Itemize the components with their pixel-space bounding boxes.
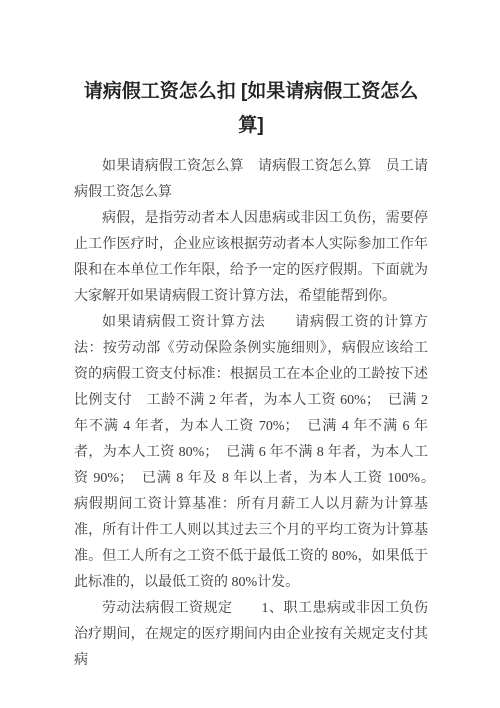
document-page: 请病假工资怎么扣 [如果请病假工资怎么算] 如果请病假工资怎么算 请病假工资怎么…	[0, 0, 500, 708]
paragraph-sick-leave-definition: 病假，是指劳动者本人因患病或非因工负伤，需要停止工作医疗时，企业应该根据劳动者本…	[74, 206, 428, 310]
paragraph-keywords: 如果请病假工资怎么算 请病假工资怎么算 员工请病假工资怎么算	[74, 154, 428, 206]
document-body: 如果请病假工资怎么算 请病假工资怎么算 员工请病假工资怎么算 病假，是指劳动者本…	[74, 154, 428, 674]
paragraph-wage-calculation-method: 如果请病假工资计算方法 请病假工资的计算方法：按劳动部《劳动保险条例实施细则》，…	[74, 310, 428, 596]
paragraph-labor-law-regulation: 劳动法病假工资规定 1、职工患病或非因工负伤治疗期间，在规定的医疗期间内由企业按…	[74, 596, 428, 674]
document-title: 请病假工资怎么扣 [如果请病假工资怎么算]	[74, 75, 428, 143]
